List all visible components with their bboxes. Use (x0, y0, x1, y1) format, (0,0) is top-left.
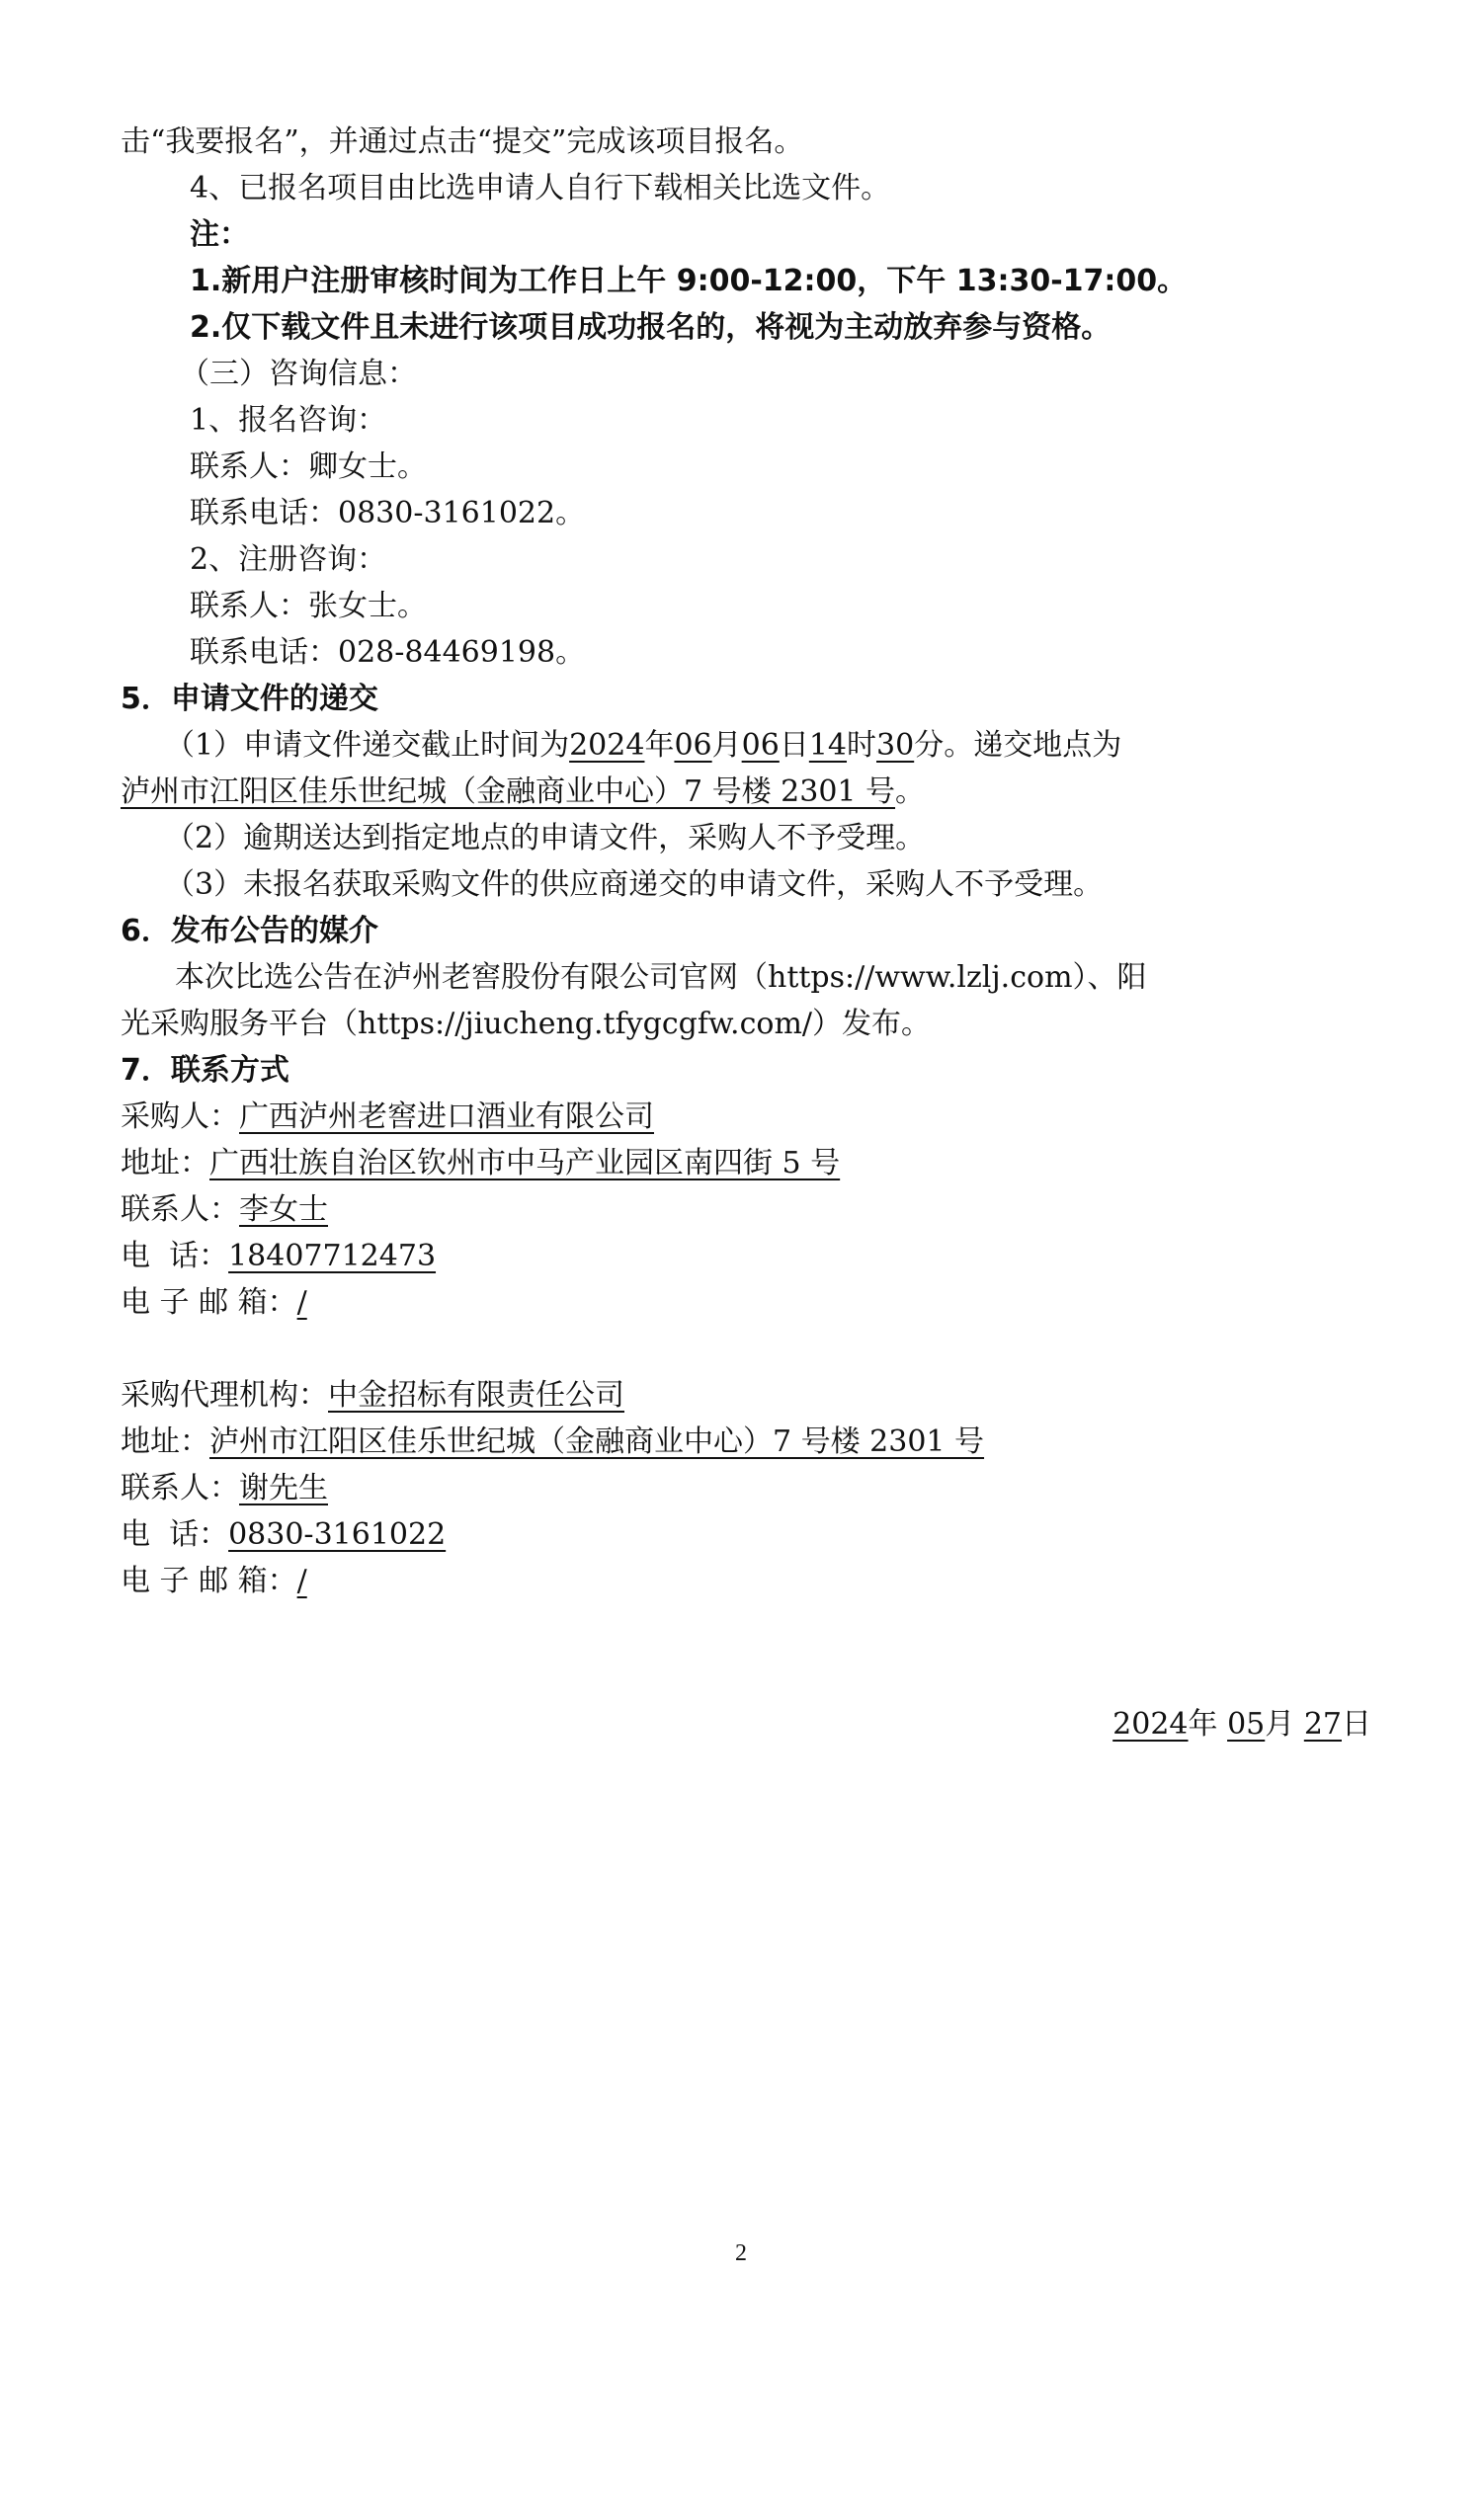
contact-label: 联系人： (121, 1471, 239, 1505)
contact-label: 联系人： (190, 449, 308, 484)
date-month: 05 (1227, 1707, 1265, 1742)
phone-number: 028-84469198。 (338, 635, 585, 670)
purchaser-phone-row: 电 话：18407712473 (121, 1233, 1375, 1279)
consult-heading: （三）咨询信息： (121, 351, 1375, 397)
email-label: 电 子 邮 箱： (121, 1285, 297, 1320)
phone-label: 电 话： (121, 1517, 228, 1552)
purchaser-label: 采购人： (121, 1099, 239, 1134)
agency-name-row: 采购代理机构：中金招标有限责任公司 (121, 1372, 1375, 1419)
purchaser-contact: 李女士 (239, 1192, 328, 1227)
signup-phone: 联系电话：0830-3161022。 (121, 490, 1375, 536)
year-unit: 年 (644, 728, 674, 763)
purchaser-email: / (297, 1285, 307, 1320)
note-2: 2.仅下载文件且未进行该项目成功报名的，将视为主动放弃参与资格。 (121, 304, 1375, 351)
unregistered-submission-rule: （3）未报名获取采购文件的供应商递交的申请文件，采购人不予受理。 (121, 861, 1375, 908)
purchaser-name: 广西泸州老窖进口酒业有限公司 (239, 1099, 654, 1134)
signup-consult-title: 1、报名咨询： (121, 397, 1375, 444)
register-phone: 联系电话：028-84469198。 (121, 629, 1375, 676)
agency-address: 泸州市江阳区佳乐世纪城（金融商业中心）7 号楼 2301 号 (209, 1424, 984, 1459)
agency-address-row: 地址：泸州市江阳区佳乐世纪城（金融商业中心）7 号楼 2301 号 (121, 1419, 1375, 1465)
media-line-1: 本次比选公告在泸州老窖股份有限公司官网（https://www.lzlj.com… (121, 954, 1375, 1001)
contact-label: 联系人： (121, 1192, 239, 1227)
date-year: 2024 (1112, 1707, 1188, 1742)
register-contact: 联系人：张女士。 (121, 583, 1375, 629)
submission-address-text: 泸州市江阳区佳乐世纪城（金融商业中心）7 号楼 2301 号 (121, 774, 895, 809)
deadline-month: 06 (674, 728, 711, 763)
phone-label: 联系电话： (190, 635, 338, 670)
address-label: 地址： (121, 1146, 209, 1180)
page-number: 2 (0, 2240, 1482, 2267)
deadline-minute: 30 (876, 728, 914, 763)
agency-contact: 谢先生 (239, 1471, 328, 1505)
note-label: 注： (121, 211, 1375, 258)
section-6-heading: 6．发布公告的媒介 (121, 908, 1375, 954)
register-consult-title: 2、注册咨询： (121, 536, 1375, 583)
submission-address: 泸州市江阳区佳乐世纪城（金融商业中心）7 号楼 2301 号。 (121, 769, 1375, 815)
month-unit: 月 (712, 728, 742, 763)
month-unit: 月 (1265, 1707, 1294, 1742)
agency-name: 中金招标有限责任公司 (328, 1378, 624, 1413)
media-line-2: 光采购服务平台（https://jiucheng.tfygcgfw.com/）发… (121, 1001, 1375, 1047)
purchaser-address: 广西壮族自治区钦州市中马产业园区南四街 5 号 (209, 1146, 840, 1180)
address-end: 。 (895, 774, 925, 809)
minute-unit: 分。递交地点为 (914, 728, 1121, 763)
day-unit: 日 (1342, 1707, 1371, 1742)
agency-contact-row: 联系人：谢先生 (121, 1465, 1375, 1511)
purchaser-address-row: 地址：广西壮族自治区钦州市中马产业园区南四街 5 号 (121, 1140, 1375, 1186)
contact-label: 联系人： (190, 589, 308, 623)
deadline-year: 2024 (569, 728, 644, 763)
agency-email-row: 电 子 邮 箱：/ (121, 1558, 1375, 1604)
purchaser-name-row: 采购人：广西泸州老窖进口酒业有限公司 (121, 1094, 1375, 1140)
document-body: 击“我要报名”，并通过点击“提交”完成该项目报名。 4、已报名项目由比选申请人自… (121, 119, 1375, 1604)
address-label: 地址： (121, 1424, 209, 1459)
day-unit: 日 (780, 728, 809, 763)
spacer (121, 1326, 1375, 1372)
phone-label: 联系电话： (190, 496, 338, 530)
purchaser-email-row: 电 子 邮 箱：/ (121, 1279, 1375, 1326)
section-5-heading: 5．申请文件的递交 (121, 676, 1375, 722)
submission-deadline: （1）申请文件递交截止时间为2024年06月06日14时30分。递交地点为 (121, 722, 1375, 769)
agency-email: / (297, 1564, 307, 1598)
hour-unit: 时 (847, 728, 876, 763)
registration-step-continuation: 击“我要报名”，并通过点击“提交”完成该项目报名。 (121, 119, 1375, 165)
registration-step-4: 4、已报名项目由比选申请人自行下载相关比选文件。 (121, 165, 1375, 211)
contact-name: 卿女士。 (308, 449, 427, 484)
agency-phone: 0830-3161022 (228, 1517, 446, 1552)
deadline-prefix: （1）申请文件递交截止时间为 (165, 728, 569, 763)
year-unit: 年 (1189, 1707, 1218, 1742)
late-submission-rule: （2）逾期送达到指定地点的申请文件，采购人不予受理。 (121, 815, 1375, 861)
purchaser-phone: 18407712473 (228, 1239, 436, 1273)
purchaser-contact-row: 联系人：李女士 (121, 1186, 1375, 1233)
phone-number: 0830-3161022。 (338, 496, 585, 530)
contact-name: 张女士。 (308, 589, 427, 623)
section-7-heading: 7．联系方式 (121, 1047, 1375, 1094)
note-1: 1.新用户注册审核时间为工作日上午 9:00-12:00，下午 13:30-17… (121, 258, 1375, 304)
deadline-hour: 14 (809, 728, 847, 763)
deadline-day: 06 (742, 728, 780, 763)
email-label: 电 子 邮 箱： (121, 1564, 297, 1598)
agency-label: 采购代理机构： (121, 1378, 328, 1413)
date-day: 27 (1304, 1707, 1342, 1742)
signup-contact: 联系人：卿女士。 (121, 444, 1375, 490)
signature-date: 2024年 05月 27日 (1112, 1701, 1371, 1748)
phone-label: 电 话： (121, 1239, 228, 1273)
agency-phone-row: 电 话：0830-3161022 (121, 1511, 1375, 1558)
